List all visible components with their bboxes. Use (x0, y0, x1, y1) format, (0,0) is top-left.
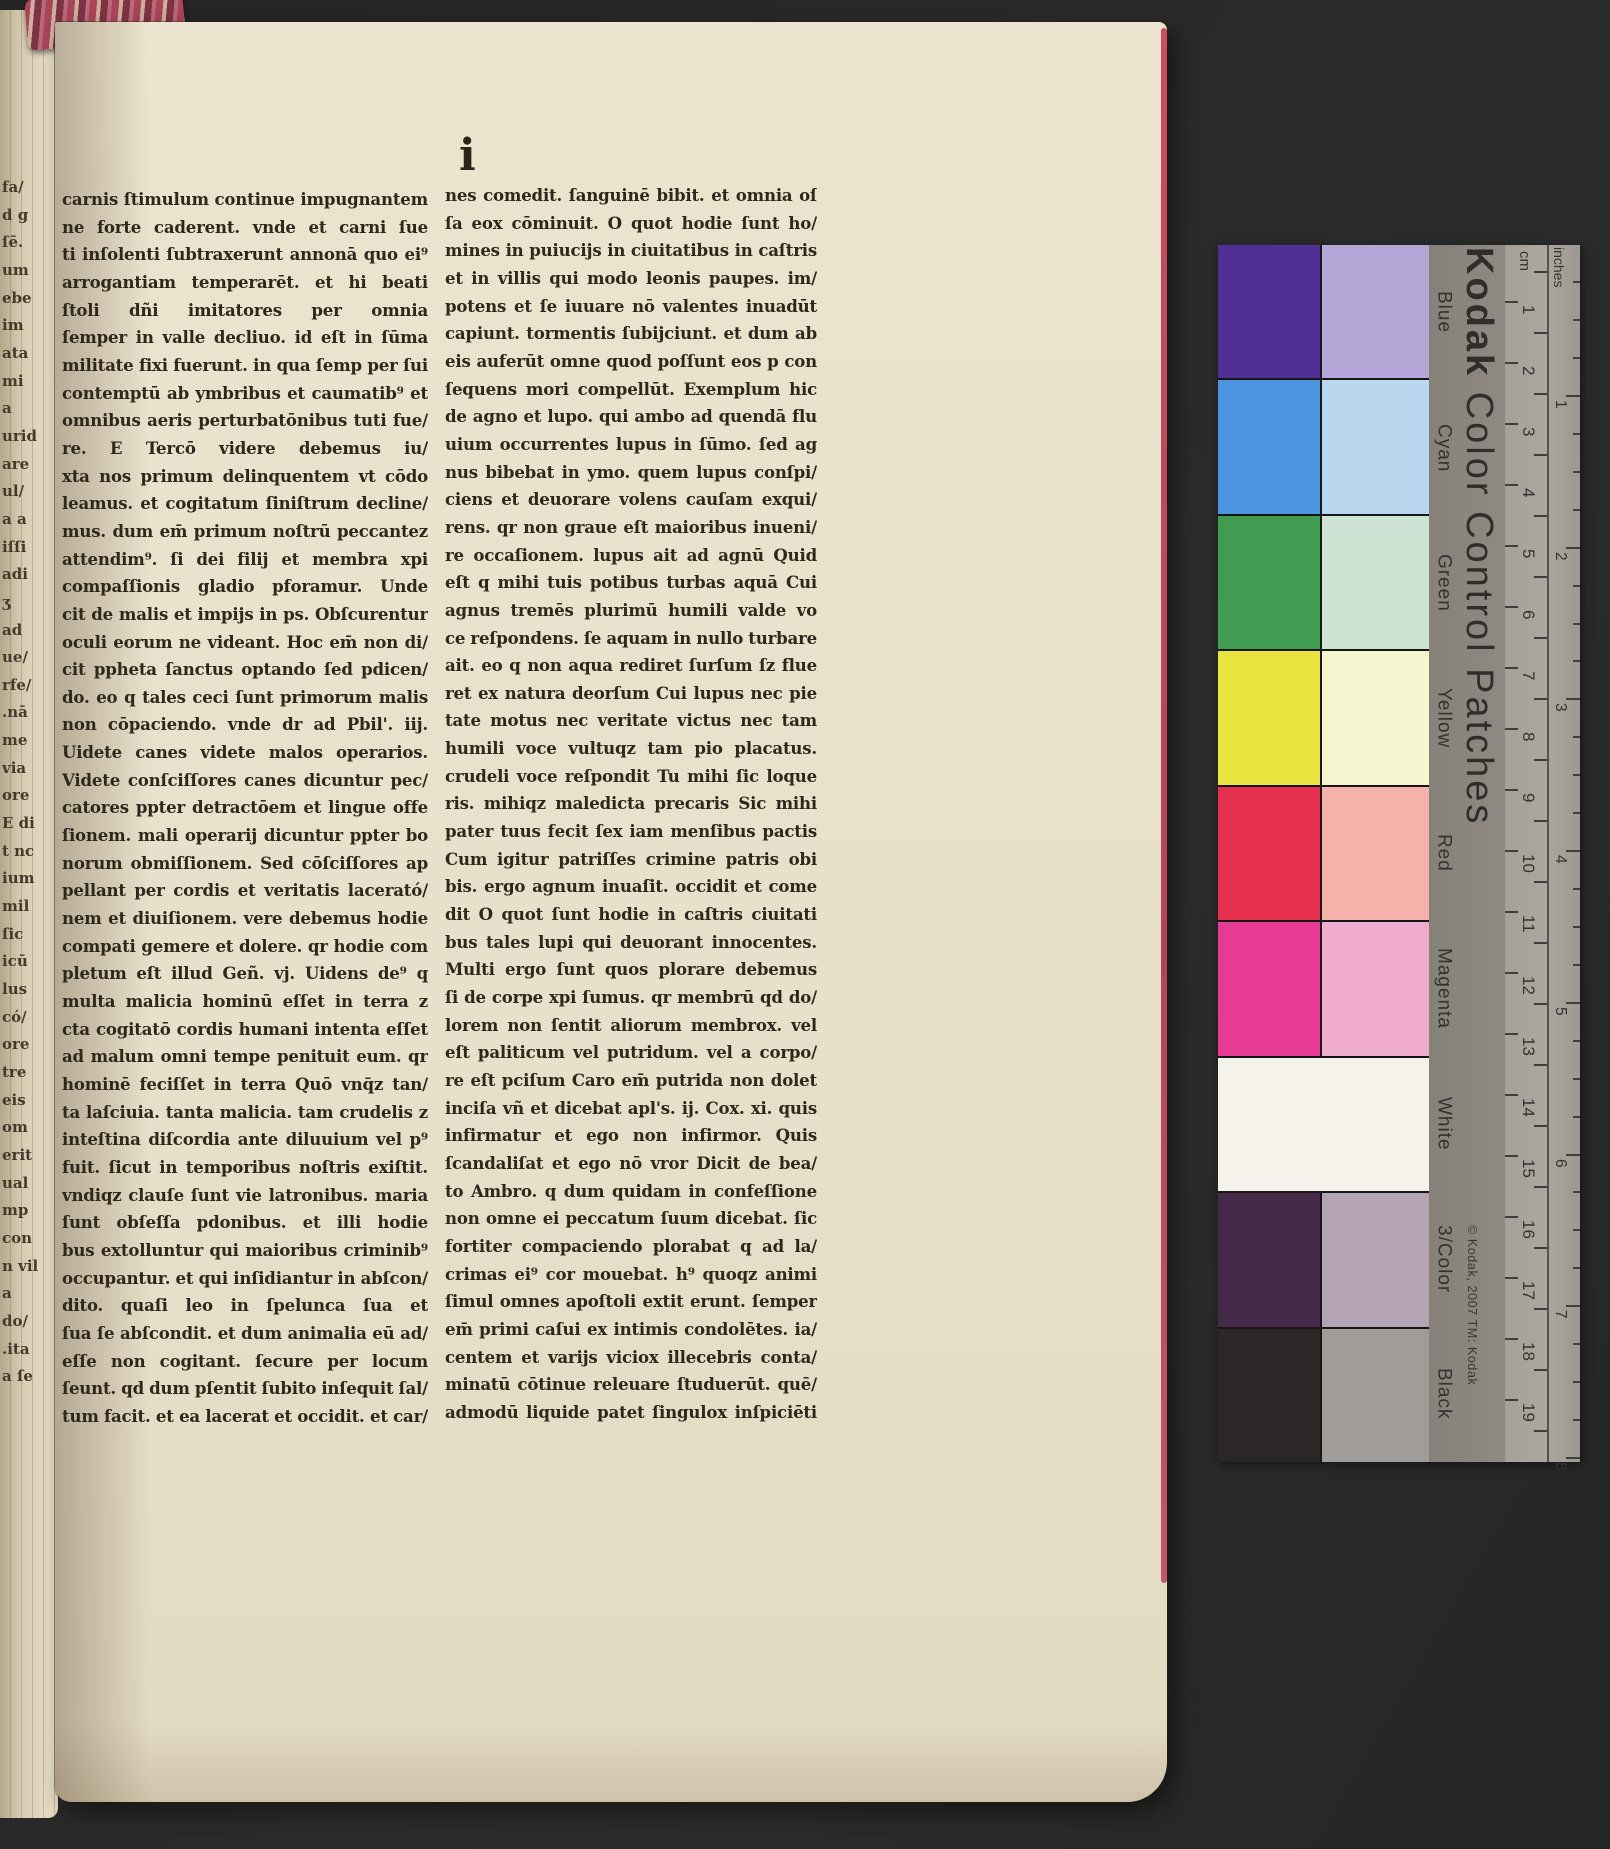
edge-text-fragment: adi (2, 561, 52, 589)
edge-text-fragment: lus (2, 976, 52, 1004)
edge-text-fragment: a (2, 395, 52, 423)
color-patch-yellow (1218, 651, 1320, 784)
ruler-cm-tick (1505, 1033, 1518, 1035)
text-line: catores ppter detractōem et lingue offe (62, 794, 428, 822)
ruler-cm-tick (1505, 789, 1518, 791)
edge-text-fragment: ata (2, 340, 52, 368)
color-patch-red (1218, 787, 1320, 920)
card-label-strip: Kodak Color Control Patches © Kodak, 200… (1429, 245, 1505, 1462)
ruler-cm-number: 17 (1518, 1281, 1538, 1300)
text-line: cta cogitatō cordis humani intenta eſſet (62, 1016, 428, 1044)
ruler-cm-number: 4 (1518, 488, 1538, 497)
text-line: contemptū ab ymbribus et caumatib⁹ et (62, 380, 428, 408)
text-line: non cōpaciendo. vnde dr ad Pbil'. iij. (62, 711, 428, 739)
edge-text-fragment: ebe (2, 285, 52, 313)
text-line: ta laſciuia. tanta malicia. tam crudelis… (62, 1099, 428, 1127)
text-line: to Ambro. q dum quidam in confeſſione (445, 1178, 817, 1206)
color-patch-3-color (1218, 1193, 1320, 1326)
edge-text-fragment: t nc (2, 838, 52, 866)
ruler-quarterinch-tick (1573, 964, 1580, 966)
ruler-inch-tick (1566, 1305, 1580, 1307)
ruler-cm-tick (1505, 606, 1518, 608)
card-ruler: cm inches 123456789101112131415161718191… (1505, 245, 1580, 1462)
text-line: capiunt. tormentis ſubijciunt. et dum ab (445, 320, 817, 348)
ruler-quarterinch-tick (1573, 1343, 1580, 1345)
text-line: ſimul omnes apoſtoli extit erunt. ſemper (445, 1288, 817, 1316)
ruler-inch-tick (1566, 850, 1580, 852)
ruler-cm-tick (1505, 911, 1518, 913)
text-line: ſua ſe abſcondit. et dum animalia eū ad/ (62, 1320, 428, 1348)
ruler-halfcm-tick (1534, 637, 1547, 639)
text-line: nem et diuiſionem. vere debemus hodie (62, 905, 428, 933)
edge-text-fragment: .ita (2, 1336, 52, 1364)
text-line: eſt q mihi tuis potibus turbas aquā Cui (445, 569, 817, 597)
ruler-cm-number: 13 (1518, 1037, 1538, 1056)
text-line: attendim⁹. ſi dei filij et membra xpi ſu… (62, 546, 428, 574)
edge-text-fragment: im (2, 312, 52, 340)
text-line: omnibus aeris perturbatōnibus tuti fue/ (62, 407, 428, 435)
text-line: ait. eo q non aqua rediret ſurſum ſz flu… (445, 652, 817, 680)
ruler-cm-number: 5 (1518, 549, 1538, 558)
ruler-halfcm-tick (1534, 1430, 1547, 1432)
ruler-quarterinch-tick (1573, 1191, 1580, 1193)
ruler-halfcm-tick (1534, 332, 1547, 334)
patch-row-label: Red (1430, 786, 1457, 921)
text-line: centem et varijs viciox illecebris conta… (445, 1344, 817, 1372)
text-line: occupantur. et qui inſidiantur in abſcon… (62, 1265, 428, 1293)
ruler-cm-number: 19 (1518, 1403, 1538, 1422)
ruler-halfcm-tick (1534, 820, 1547, 822)
text-line: minatū cōtinue releuare ſtuduerūt. quē/ (445, 1371, 817, 1399)
patch-row-label: Green (1430, 515, 1457, 650)
text-line: hominē feciſſet in terra Quō vnq̄z tan/ (62, 1071, 428, 1099)
text-line: do. eo q tales ceci ſunt primorum malis (62, 684, 428, 712)
text-line: Videte conſciſſores canes dicuntur pec/ (62, 767, 428, 795)
ruler-halfcm-tick (1534, 1003, 1547, 1005)
text-line: ſunt obſeſſa pdonibus. et illi hodie lau… (62, 1209, 428, 1237)
ruler-halfcm-tick (1534, 881, 1547, 883)
text-line: ſi de corpe xpi ſumus. qr membrū qd do/ (445, 984, 817, 1012)
edge-text-fragment: are (2, 451, 52, 479)
color-patch-magenta (1218, 922, 1320, 1055)
ruler-inch-number: 5 (1551, 1007, 1569, 1016)
text-line: re. E Tercō videre debemus iu/ (62, 435, 428, 463)
text-line: inciſa vñ et dicebat apl's. ij. Cox. xi.… (445, 1095, 817, 1123)
kodak-wordmark: Kodak (1458, 247, 1500, 378)
text-line: Multi ergo ſunt quos plorare debemus (445, 956, 817, 984)
ruler-halfcm-tick (1534, 454, 1547, 456)
ruler-cm-number: 18 (1518, 1342, 1538, 1361)
edge-text-fragment: eis (2, 1087, 52, 1115)
edge-text-fragment: ium (2, 865, 52, 893)
text-line: pater tuus fecit ſex iam menſibus pactis (445, 818, 817, 846)
patch-row-label: Blue (1430, 245, 1457, 380)
kodak-color-card: Kodak Color Control Patches © Kodak, 200… (1218, 245, 1580, 1462)
ruler-quarterinch-tick (1573, 623, 1580, 625)
ruler-quarterinch-tick (1573, 888, 1580, 890)
edge-text-fragment: um (2, 257, 52, 285)
ruler-halfcm-tick (1534, 1369, 1547, 1371)
ruler-cm-number: 7 (1518, 671, 1538, 680)
ruler-cm-number: 3 (1518, 427, 1538, 436)
edge-text-fragment: do/ (2, 1308, 52, 1336)
patch-row-label: Yellow (1430, 651, 1457, 786)
text-line: agnus tremēs plurimū humili valde vo (445, 597, 817, 625)
page-edge-text-fragments: fa/d gſē.umebeimatamiauridareul/a aiſſia… (2, 174, 52, 1419)
edge-text-fragment: n vil (2, 1253, 52, 1281)
text-line: ſtoli dñi imitatores per omnia conformeſ (62, 297, 428, 325)
ruler-quarterinch-tick (1573, 1116, 1580, 1118)
ruler-halfcm-tick (1534, 759, 1547, 761)
ruler-cm-number: 1 (1518, 305, 1538, 314)
ruler-quarterinch-tick (1573, 1229, 1580, 1231)
text-line: eis auferūt omne quod poſſunt eos p con (445, 348, 817, 376)
ruler-cm-tick (1505, 545, 1518, 547)
text-line: humili voce vultuqz tam pio placatus. (445, 735, 817, 763)
text-line: lorem non ſentit aliorum membrox. vel (445, 1012, 817, 1040)
color-patch-black (1218, 1329, 1320, 1462)
ruler-inch-tick (1566, 1002, 1580, 1004)
ruler-quarterinch-tick (1573, 1381, 1580, 1383)
ruler-cm-number: 12 (1518, 976, 1538, 995)
edge-text-fragment: iſſi (2, 534, 52, 562)
color-patches-grid (1218, 245, 1429, 1462)
text-line: compati gemere et dolere. qr hodie com (62, 933, 428, 961)
text-line: infirmatur et ego non infirmor. Quis (445, 1122, 817, 1150)
text-line: ſequens mori compellūt. Exemplum hic (445, 376, 817, 404)
color-patch-green-light (1322, 516, 1429, 649)
ruler-cm-number: 15 (1518, 1159, 1538, 1178)
color-patch-cyan-light (1322, 380, 1429, 513)
ruler-quarterinch-tick (1573, 660, 1580, 662)
color-patch-black-light (1322, 1329, 1429, 1462)
text-line: nes comedit. ſanguinē bibit. et omnia oſ (445, 182, 817, 210)
text-line: ſa eox cōminuit. O quot hodie ſunt ho/ (445, 210, 817, 238)
edge-text-fragment: ad (2, 617, 52, 645)
ruler-cm-number: 16 (1518, 1220, 1538, 1239)
text-line: crimas ei⁹ cor mouebat. h⁹ quoqz animi (445, 1261, 817, 1289)
text-line: oculi eorum ne videant. Hoc em̄ non di/ (62, 629, 428, 657)
text-line: pellant per cordis et veritatis lacerató… (62, 877, 428, 905)
color-patch-green (1218, 516, 1320, 649)
text-line: norum obmiſſionem. Sed cōſciſſores ap (62, 850, 428, 878)
edge-text-fragment: mi (2, 368, 52, 396)
book-page: i carnis ſtimulum continue impugnantemne… (55, 22, 1167, 1802)
edge-text-fragment: via (2, 755, 52, 783)
card-copyright: © Kodak, 2007 TM: Kodak (1465, 1225, 1479, 1385)
text-line: admodū liquide patet ſingulox inſpiciēti (445, 1399, 817, 1427)
edge-text-fragment: icū (2, 948, 52, 976)
text-line: et in villis qui modo leonis paupes. im/ (445, 265, 817, 293)
text-line: xta nos primum delinquentem vt cōdo (62, 463, 428, 491)
edge-text-fragment: fa/ (2, 174, 52, 202)
ruler-halfcm-tick (1534, 515, 1547, 517)
ruler-cm-tick (1505, 1155, 1518, 1157)
text-line: militate fixi fuerunt. in qua ſemp per ſ… (62, 352, 428, 380)
text-line: mines in puiucijs in ciuitatibus in caſt… (445, 237, 817, 265)
ruler-cm-tick (1505, 423, 1518, 425)
edge-text-fragment: a (2, 1280, 52, 1308)
ruler-halfcm-tick (1534, 1186, 1547, 1188)
ruler-cm-tick (1505, 1216, 1518, 1218)
ruler-inch-number: 3 (1551, 703, 1569, 712)
text-line: dit O quot ſunt hodie in caſtris ciuitat… (445, 901, 817, 929)
edge-text-fragment: có/ (2, 1004, 52, 1032)
ruler-cm-tick (1505, 1277, 1518, 1279)
text-line: ris. mihiqz maledicta precaris Sic mihi (445, 790, 817, 818)
ruler-quarterinch-tick (1573, 774, 1580, 776)
ruler-halfcm-tick (1534, 271, 1547, 273)
page-red-fore-edge (1161, 28, 1167, 1583)
text-line: potens et ſe iuuare nō valentes inuadūt (445, 293, 817, 321)
color-patch-magenta-light (1322, 922, 1429, 1055)
ruler-cm-number: 9 (1518, 793, 1538, 802)
ruler-quarterinch-tick (1573, 1267, 1580, 1269)
edge-text-fragment: E di (2, 810, 52, 838)
ruler-halfcm-tick (1534, 1125, 1547, 1127)
text-line: em̄ primi caſui ex intimis condolētes. i… (445, 1316, 817, 1344)
edge-text-fragment: mp (2, 1197, 52, 1225)
text-line: uium occurrentes lupus in ſūmo. ſed ag (445, 431, 817, 459)
text-line: mus. dum em̄ primum noſtrū peccantez (62, 518, 428, 546)
ruler-cm-number: 6 (1518, 610, 1538, 619)
ruler-cm-tick (1505, 728, 1518, 730)
text-line: ſionem. mali operarij dicuntur ppter bo (62, 822, 428, 850)
edge-text-fragment: ſē. (2, 229, 52, 257)
ruler-cm-tick (1505, 1094, 1518, 1096)
edge-text-fragment (2, 1391, 52, 1419)
ruler-cm-number: 10 (1518, 854, 1538, 873)
text-column-right: nes comedit. ſanguinē bibit. et omnia oſ… (445, 182, 817, 1427)
ruler-inch-number: 4 (1551, 855, 1569, 864)
ruler-inch-number: 6 (1551, 1159, 1569, 1168)
ruler-cm-tick (1505, 850, 1518, 852)
kodak-brand-text: Kodak Color Control Patches (1460, 247, 1498, 826)
ruler-cm-unit-label: cm (1516, 251, 1533, 271)
ruler-halfcm-tick (1534, 942, 1547, 944)
ruler-cm-tick (1505, 301, 1518, 303)
text-column-left: carnis ſtimulum continue impugnantemne f… (62, 186, 428, 1431)
patch-row-label: Magenta (1430, 921, 1457, 1056)
ruler-cm-tick (1505, 667, 1518, 669)
edge-text-fragment: ſic (2, 921, 52, 949)
edge-text-fragment: om (2, 1114, 52, 1142)
ruler-halfcm-tick (1534, 698, 1547, 700)
patch-row-label: White (1430, 1056, 1457, 1191)
edge-text-fragment: a a (2, 506, 52, 534)
text-line: inteſtina diſcordia ante diluuium vel p⁹ (62, 1126, 428, 1154)
text-line: ad malum omni tempe penituit eum. qr (62, 1043, 428, 1071)
text-line: ce reſpondens. ſe aquam in nullo turbare (445, 625, 817, 653)
text-line: compaſſionis gladio pforamur. Unde (62, 573, 428, 601)
text-line: fortiter compaciendo plorabat q ad la/ (445, 1233, 817, 1261)
edge-text-fragment: ore (2, 782, 52, 810)
text-line: tum facit. et ea lacerat et occidit. et … (62, 1403, 428, 1431)
ruler-cm-tick (1505, 1338, 1518, 1340)
ruler-inch-tick (1566, 1457, 1580, 1459)
color-patch-yellow-light (1322, 651, 1429, 784)
ruler-inch-number: 7 (1551, 1310, 1569, 1319)
text-line: carnis ſtimulum continue impugnantem (62, 186, 428, 214)
edge-text-fragment: tre (2, 1059, 52, 1087)
color-patch-cyan (1218, 380, 1320, 513)
ruler-halfcm-tick (1534, 393, 1547, 395)
text-line: cit ppheta ſanctus optando ſed pdicen/ (62, 656, 428, 684)
patch-row-label: Cyan (1430, 380, 1457, 515)
text-line: cit de malis et impijs in ps. Obſcurentu… (62, 601, 428, 629)
text-line: tate motus nec veritate victus nec tam (445, 707, 817, 735)
ruler-quarterinch-tick (1573, 433, 1580, 435)
ruler-cm-tick (1505, 1399, 1518, 1401)
ruler-cm-number: 2 (1518, 366, 1538, 375)
edge-text-fragment: ue/ (2, 644, 52, 672)
ruler-quarterinch-tick (1573, 926, 1580, 928)
text-line: Cum igitur patriſſes crimine patris obi (445, 846, 817, 874)
text-line: Uidete canes videte malos operarios. (62, 739, 428, 767)
text-line: dito. quaſi leo in ſpelunca ſua et cauer… (62, 1292, 428, 1320)
text-line: re eſt pciſum Caro em̄ putrida non dolet (445, 1067, 817, 1095)
ruler-inch-number: 2 (1551, 552, 1569, 561)
text-line: ciens et deuorare volens cauſam exqui/ (445, 486, 817, 514)
text-line: arrogantiam temperarēt. et hi beati apo/ (62, 269, 428, 297)
ruler-halfcm-tick (1534, 1247, 1547, 1249)
text-line: pletum eſt illud Geñ. vj. Uidens de⁹ q (62, 960, 428, 988)
color-patch-blue (1218, 245, 1320, 378)
ruler-quarterinch-tick (1573, 319, 1580, 321)
ruler-cm-number: 14 (1518, 1098, 1538, 1117)
edge-text-fragment: ual (2, 1170, 52, 1198)
edge-text-fragment: .nā (2, 699, 52, 727)
text-line: de agno et lupo. qui ambo ad quendā flu (445, 403, 817, 431)
ruler-quarterinch-tick (1573, 1419, 1580, 1421)
edge-text-fragment: me (2, 727, 52, 755)
edge-text-fragment: ore (2, 1031, 52, 1059)
edge-text-fragment: a ſe (2, 1363, 52, 1391)
ruler-cm-number: 11 (1518, 915, 1538, 933)
card-title-text: Color Control Patches (1458, 378, 1500, 826)
folio-number: i (459, 130, 476, 181)
book-photo-background: fa/d gſē.umebeimatamiauridareul/a aiſſia… (0, 0, 1610, 1849)
ruler-inch-tick (1566, 698, 1580, 700)
edge-text-fragment: mil (2, 893, 52, 921)
color-patch-red-light (1322, 787, 1429, 920)
ruler-cm-tick (1505, 972, 1518, 974)
ruler-halfcm-tick (1534, 1064, 1547, 1066)
ruler-inch-tick (1566, 395, 1580, 397)
ruler-quarterinch-tick (1573, 471, 1580, 473)
edge-text-fragment: ʒ (2, 589, 52, 617)
text-line: bus tales lupi qui deuorant innocentes. (445, 929, 817, 957)
text-line: fuit. ſicut in temporibus noſtris exiſti… (62, 1154, 428, 1182)
text-line: nus bibebat in ymo. quem lupus conſpi/ (445, 459, 817, 487)
ruler-inch-number: 8 (1551, 1462, 1569, 1471)
text-line: leamus. et cogitatum ſiniſtrum decline/ (62, 490, 428, 518)
text-line: eſſe non cogitant. ſecure per locum tran… (62, 1348, 428, 1376)
ruler-cm-tick (1505, 362, 1518, 364)
ruler-quarterinch-tick (1573, 585, 1580, 587)
ruler-cm-tick (1505, 484, 1518, 486)
text-line: ſemper in valle decliuo. id eſt in ſūma … (62, 324, 428, 352)
edge-text-fragment: rfe/ (2, 672, 52, 700)
color-patch-3-color-light (1322, 1193, 1429, 1326)
text-line: vndiqz clauſe ſunt vie latronibus. maria (62, 1182, 428, 1210)
patch-row-label: 3/Color (1430, 1191, 1457, 1326)
text-line: ne forte caderent. vnde et carni ſue hoſ… (62, 214, 428, 242)
edge-text-fragment: ul/ (2, 478, 52, 506)
ruler-divider-line (1547, 245, 1549, 1462)
ruler-quarterinch-tick (1573, 1040, 1580, 1042)
ruler-quarterinch-tick (1573, 1078, 1580, 1080)
text-line: re occaſionem. lupus ait ad agnū Quid (445, 542, 817, 570)
color-patch-white (1218, 1058, 1429, 1191)
text-line: ti inſolenti ſubtraxerunt annonā quo ei⁹ (62, 241, 428, 269)
previous-pages-edge: fa/d gſē.umebeimatamiauridareul/a aiſſia… (0, 10, 58, 1818)
ruler-inch-tick (1566, 547, 1580, 549)
text-line: ſeunt. qd dum pſentit ſubito inſequit ſa… (62, 1375, 428, 1403)
text-line: non omne ei peccatum ſuum dicebat. ſic (445, 1205, 817, 1233)
text-line: eſt paliticum vel putridum. vel a corpo/ (445, 1039, 817, 1067)
ruler-cm-number: 8 (1518, 732, 1538, 741)
text-line: crudeli voce reſpondit Tu mihi ſic loque (445, 763, 817, 791)
edge-text-fragment: erit (2, 1142, 52, 1170)
ruler-quarterinch-tick (1573, 736, 1580, 738)
ruler-quarterinch-tick (1573, 357, 1580, 359)
ruler-halfcm-tick (1534, 576, 1547, 578)
edge-text-fragment: con (2, 1225, 52, 1253)
text-line: ret ex natura deorſum Cui lupus nec pie (445, 680, 817, 708)
text-line: rens. qr non graue eſt maioribus inueni/ (445, 514, 817, 542)
text-line: ſcandaliſat et ego nō vror Dicit de bea/ (445, 1150, 817, 1178)
ruler-inches-unit-label: inches (1551, 247, 1567, 287)
patch-row-label: Black (1430, 1327, 1457, 1462)
ruler-halfcm-tick (1534, 1308, 1547, 1310)
ruler-quarterinch-tick (1573, 281, 1580, 283)
text-line: bis. ergo agnum inuaſit. occidit et come (445, 873, 817, 901)
edge-text-fragment: urid (2, 423, 52, 451)
text-line: bus extolluntur qui maioribus criminib⁹ (62, 1237, 428, 1265)
ruler-quarterinch-tick (1573, 509, 1580, 511)
color-patch-blue-light (1322, 245, 1429, 378)
ruler-quarterinch-tick (1573, 812, 1580, 814)
ruler-inch-tick (1566, 1154, 1580, 1156)
ruler-inch-number: 1 (1551, 400, 1569, 409)
text-line: multa malicia hominū eſſet in terra z cū… (62, 988, 428, 1016)
edge-text-fragment: d g (2, 202, 52, 230)
